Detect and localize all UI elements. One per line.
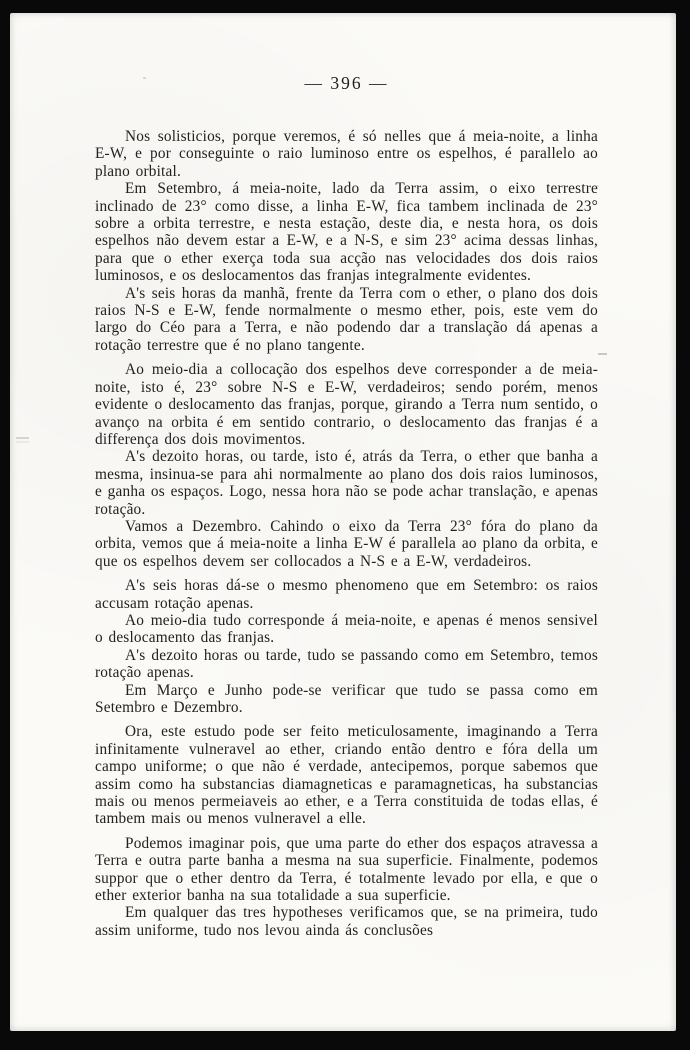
- paragraph: A's seis horas da manhã, frente da Terra…: [95, 285, 598, 355]
- paragraph: Podemos imaginar pois, que uma parte do …: [95, 835, 598, 905]
- scan-artifact: [598, 353, 607, 355]
- paragraph: Ao meio-dia tudo corresponde á meia-noit…: [95, 612, 598, 647]
- paragraph: Ora, este estudo pode ser feito meticulo…: [95, 723, 598, 827]
- paragraph: A's seis horas dá-se o mesmo phenomeno q…: [95, 577, 598, 612]
- paragraph: Em Março e Junho pode-se verificar que t…: [95, 682, 598, 717]
- book-page: — 396 — Nos solisticios, porque veremos,…: [10, 13, 676, 1031]
- scan-background: { "scan": { "colors": { "paper": "#fbfaf…: [0, 0, 690, 1050]
- paragraph: Ao meio-dia a collocação dos espelhos de…: [95, 361, 598, 448]
- paragraph: Vamos a Dezembro. Cahindo o eixo da Terr…: [95, 518, 598, 570]
- page-number: — 396 —: [95, 73, 598, 94]
- paragraph: A's dezoito horas ou tarde, tudo se pass…: [95, 647, 598, 682]
- paragraph: Em qualquer das tres hypotheses verifica…: [95, 904, 598, 939]
- paragraph: A's dezoito horas, ou tarde, isto é, atr…: [95, 448, 598, 518]
- scan-artifact: [143, 77, 146, 79]
- scan-artifact: [595, 185, 599, 187]
- paragraph: Em Setembro, á meia-noite, lado da Terra…: [95, 180, 598, 284]
- paragraph: Nos solisticios, porque veremos, é só ne…: [95, 128, 598, 180]
- text-block: Nos solisticios, porque veremos, é só ne…: [95, 101, 598, 939]
- scan-artifact: [16, 437, 29, 439]
